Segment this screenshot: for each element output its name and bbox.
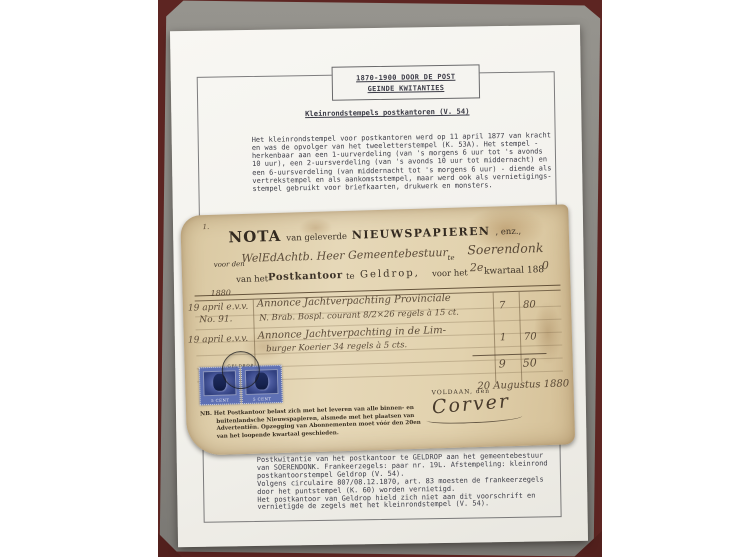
voldaan-date: 20 Augustus 1880 [477,378,569,392]
stamp-denomination: 5 CENT [201,397,240,403]
amount-guilders: 1 [500,332,507,343]
entry-year: 1880 [210,288,231,298]
exhibit-scan: 1870-1900 DOOR DE POST GEINDE KWITANTIES… [0,0,740,557]
photo-corner [158,0,184,24]
office-line-part: te [346,272,355,282]
table-divider [519,292,523,382]
photo-corner [578,0,602,20]
office-line-part: kwartaal 188 [484,265,544,277]
exhibit-title-box: 1870-1900 DOOR DE POST GEINDE KWITANTIES [332,64,481,100]
quarter-handwritten: 2e [470,261,484,274]
office-line-part: voor het [432,268,468,279]
amount-cents: 70 [524,331,537,342]
addressee-place: Soerendonk [467,240,543,257]
addressee-name: WelEdAchtb. Heer Gemeentebestuur [241,246,448,265]
title-middle: van geleverde [286,232,347,244]
entry-ref: No. 91. [199,314,232,325]
table-divider [493,293,497,383]
addressee-te: te [447,254,454,262]
entry-date: 19 april e.v.v. [188,334,249,346]
caption-paragraph: Postkwitantie van het postkantoor te GEL… [257,452,558,512]
office-postkantoor: Postkantoor [268,270,343,283]
entry-date: 19 april e.v.v. [188,302,249,314]
receipt-document: 1. NOTA van geleverde NIEUWSPAPIEREN , e… [180,204,575,455]
stamp-denomination: 5 CENT [243,396,282,402]
album-page: 1870-1900 DOOR DE POST GEINDE KWITANTIES… [170,25,588,547]
exhibit-period: 1870-1900 DOOR DE POST [356,72,455,82]
amount-guilders: 7 [499,300,506,311]
cancel-town: GELDROP [227,363,254,369]
total-cents: 50 [523,356,537,369]
entry-description: N. Brab. Bospl. courant 8/2×26 regels à … [259,308,459,324]
signature-flourish [426,412,522,425]
photo: 1870-1900 DOOR DE POST GEINDE KWITANTIES… [158,0,602,557]
total-guilders: 9 [499,357,506,370]
nieuwspapieren-word: NIEUWSPAPIEREN [352,225,491,242]
intro-paragraph: Het kleinrondstempel voor postkantoren w… [252,131,549,193]
entry-description: burger Koerier 34 regels à 5 cts. [266,340,407,354]
office-line-part: van het [236,274,268,285]
title-suffix: , enz., [495,227,521,238]
office-place: Geldrop, [360,268,420,281]
amount-cents: 80 [523,299,536,310]
nota-word: NOTA [228,227,281,247]
nb-small-print: NB. Het Postkantoor belast zich met het … [200,406,397,442]
exhibit-subtitle: GEINDE KWITANTIES [367,83,444,92]
year-handwritten: 0 [542,259,549,272]
addressee-prefix: voor den [214,260,245,269]
